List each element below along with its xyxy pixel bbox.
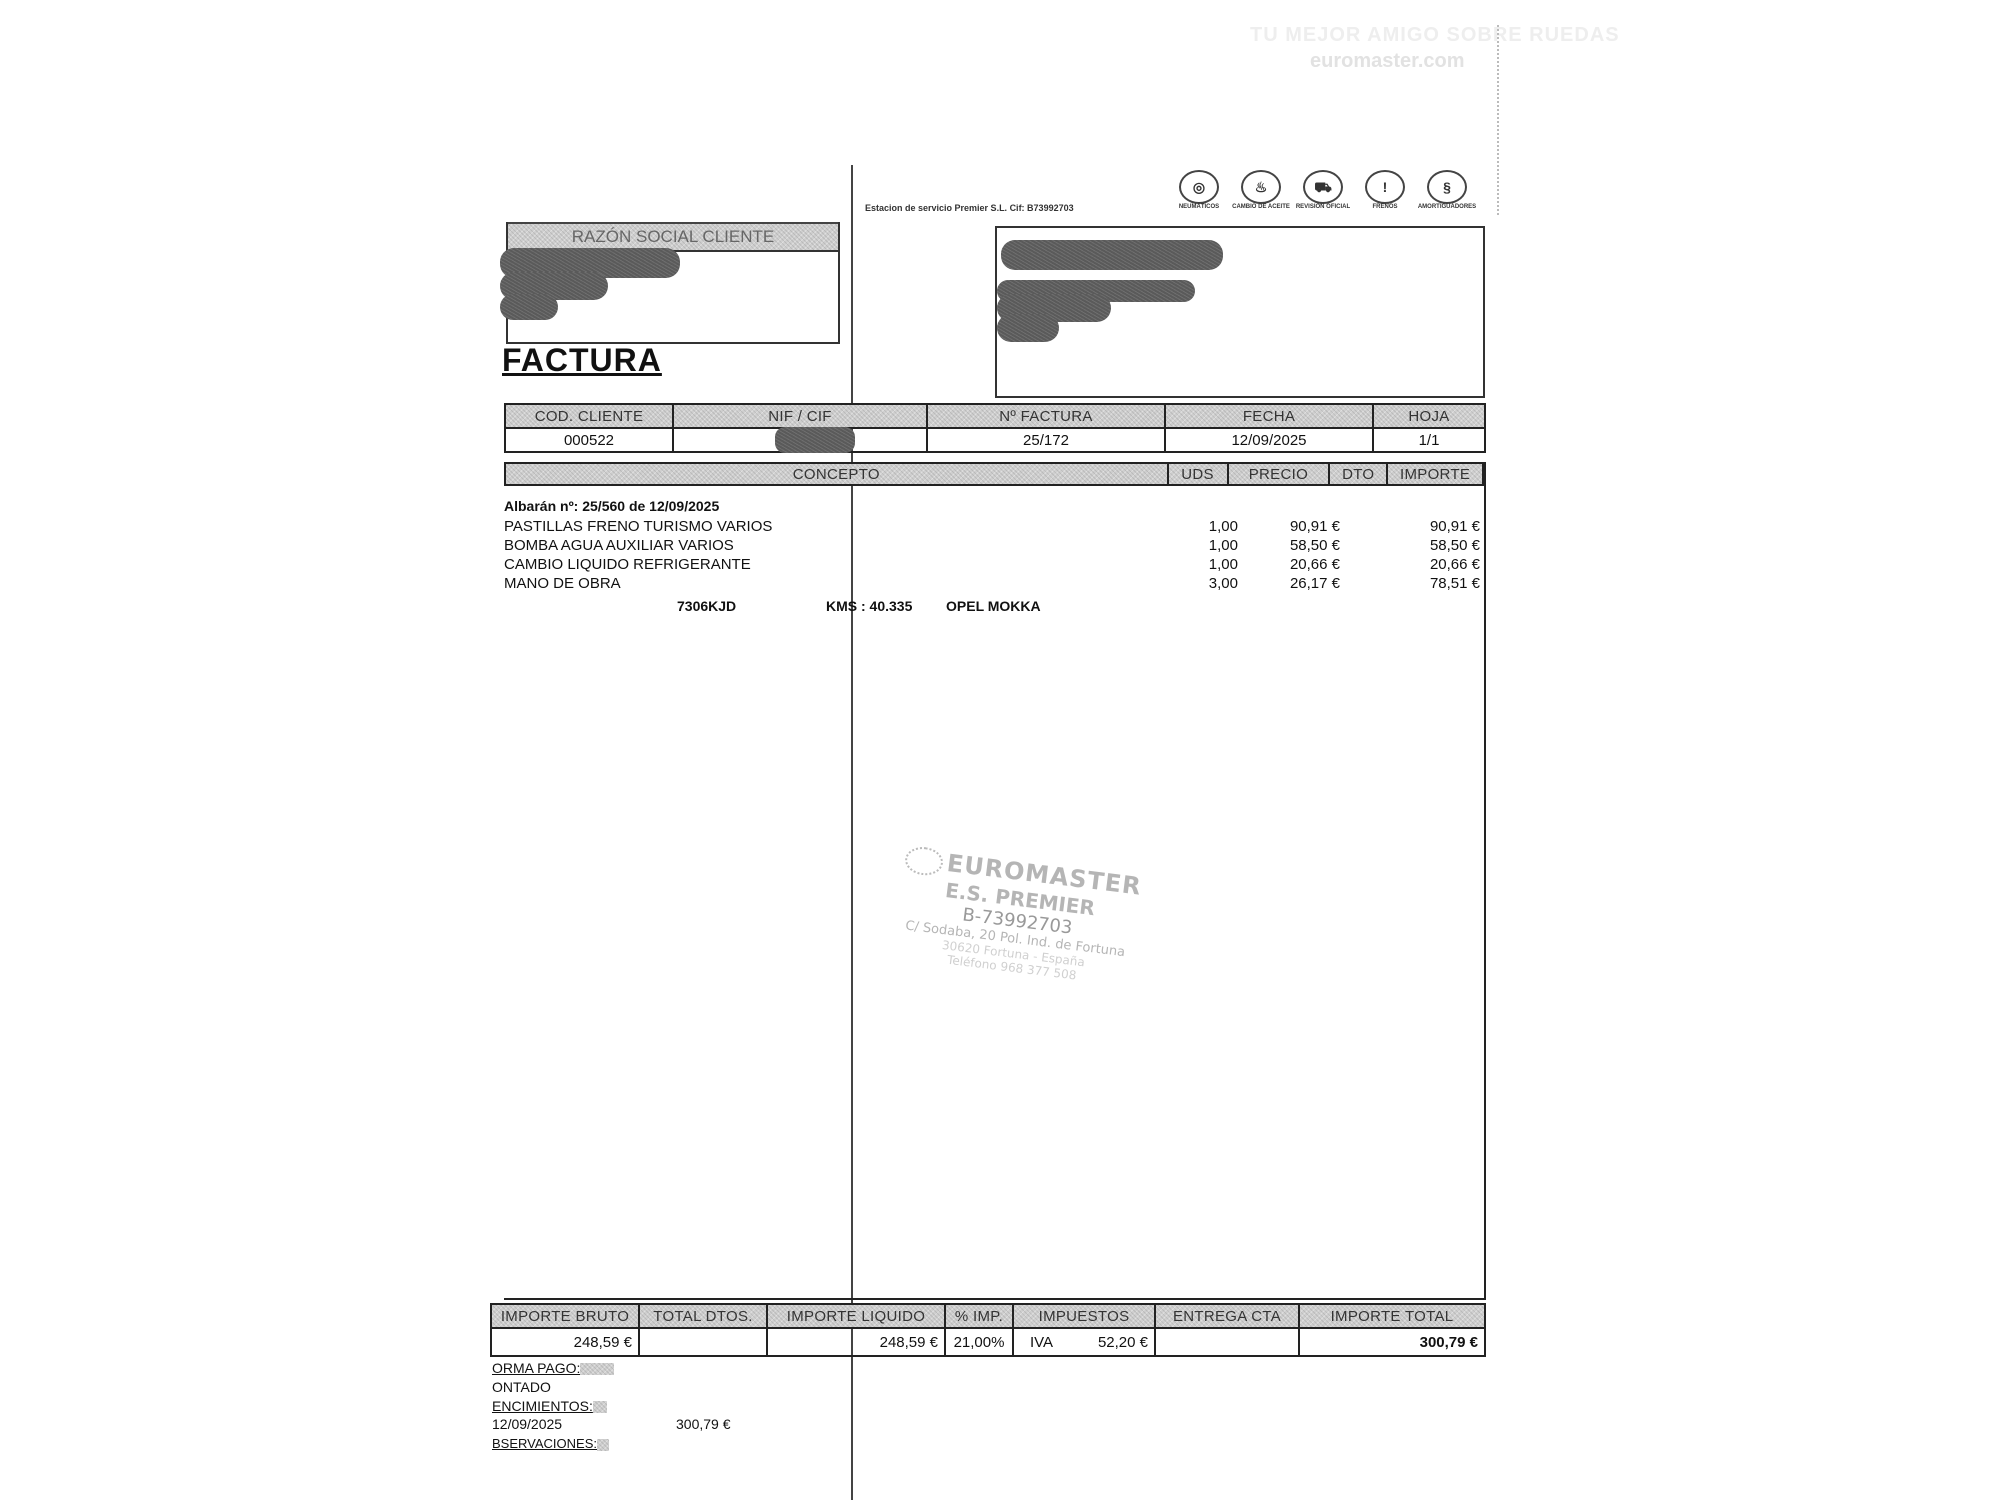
- pct-imp-value: 21,00%: [954, 1334, 1005, 1351]
- info-table-values: 000522 25/172 12/09/2025 1/1: [506, 429, 1484, 451]
- header-pct-imp: % IMP.: [946, 1305, 1014, 1327]
- redacted-recipient-line4: [997, 314, 1059, 342]
- service-frenos: ! FRENOS: [1354, 170, 1416, 211]
- item-importe: 58,50 €: [1384, 537, 1480, 554]
- item-precio: 26,17 €: [1264, 575, 1340, 592]
- value-nif-cif: [674, 429, 928, 451]
- item-importe: 90,91 €: [1384, 518, 1480, 535]
- header-uds: UDS: [1169, 464, 1229, 484]
- shock-absorber-icon: §: [1427, 170, 1467, 204]
- service-label: AMORTIGUADORES: [1416, 204, 1478, 211]
- vehicle-model: OPEL MOKKA: [946, 598, 1041, 614]
- header-impuestos: IMPUESTOS: [1014, 1305, 1156, 1327]
- item-concepto: BOMBA AGUA AUXILIAR VARIOS: [504, 537, 734, 554]
- item-precio: 58,50 €: [1264, 537, 1340, 554]
- header-total-dtos: TOTAL DTOS.: [640, 1305, 768, 1327]
- cod-cliente-value: 000522: [564, 432, 614, 449]
- service-label: FRENOS: [1354, 204, 1416, 211]
- value-num-factura: 25/172: [928, 429, 1166, 451]
- forma-pago-label: ORMA PAGO:: [492, 1360, 614, 1376]
- inspection-car-icon: ⛟: [1303, 170, 1343, 204]
- right-margin-dots: [1497, 25, 1499, 215]
- service-label: REVISIÓN OFICIAL: [1292, 204, 1354, 211]
- value-impuestos: IVA 52,20 €: [1014, 1329, 1156, 1355]
- vencimiento-fecha: 12/09/2025: [492, 1416, 562, 1432]
- num-factura-value: 25/172: [1023, 432, 1069, 449]
- info-table: COD. CLIENTE NIF / CIF Nº FACTURA FECHA …: [504, 403, 1486, 453]
- vehicle-kms: KMS : 40.335: [826, 598, 912, 614]
- value-cod-cliente: 000522: [506, 429, 674, 451]
- brand-tagline: TU MEJOR AMIGO SOBRE RUEDAS: [1250, 24, 1620, 47]
- header-cod-cliente: COD. CLIENTE: [506, 405, 674, 427]
- label-hatch: [593, 1401, 607, 1413]
- item-importe: 78,51 €: [1384, 575, 1480, 592]
- hoja-value: 1/1: [1419, 432, 1440, 449]
- item-concepto: CAMBIO LIQUIDO REFRIGERANTE: [504, 556, 751, 573]
- vencimientos-label: ENCIMIENTOS:: [492, 1398, 607, 1414]
- service-amortiguadores: § AMORTIGUADORES: [1416, 170, 1478, 211]
- service-revision-oficial: ⛟ REVISIÓN OFICIAL: [1292, 170, 1354, 211]
- header-precio: PRECIO: [1229, 464, 1331, 484]
- impuestos-value: 52,20 €: [1098, 1334, 1148, 1351]
- redacted-nif: [775, 427, 855, 453]
- header-concepto: CONCEPTO: [506, 464, 1169, 484]
- vencimientos-label-text: ENCIMIENTOS:: [492, 1398, 593, 1414]
- totals-table: IMPORTE BRUTO TOTAL DTOS. IMPORTE LIQUID…: [490, 1303, 1486, 1357]
- importe-bruto-value: 248,59 €: [574, 1334, 632, 1351]
- label-hatch: [597, 1439, 609, 1451]
- forma-pago-value: ONTADO: [492, 1379, 551, 1395]
- value-importe-bruto: 248,59 €: [492, 1329, 640, 1355]
- value-importe-liquido: 248,59 €: [768, 1329, 946, 1355]
- page-title: FACTURA: [502, 342, 662, 379]
- value-importe-total: 300,79 €: [1300, 1329, 1484, 1355]
- service-cambio-aceite: ♨ CAMBIO DE ACEITE: [1230, 170, 1292, 211]
- item-importe: 20,66 €: [1384, 556, 1480, 573]
- redacted-client-city: [500, 294, 558, 320]
- importe-liquido-value: 248,59 €: [880, 1334, 938, 1351]
- totals-table-header: IMPORTE BRUTO TOTAL DTOS. IMPORTE LIQUID…: [492, 1305, 1484, 1329]
- service-label: NEUMÁTICOS: [1168, 204, 1230, 211]
- item-concepto: PASTILLAS FRENO TURISMO VARIOS: [504, 518, 772, 535]
- header-fecha: FECHA: [1166, 405, 1374, 427]
- forma-pago-label-text: ORMA PAGO:: [492, 1360, 580, 1376]
- header-entrega-cta: ENTREGA CTA: [1156, 1305, 1300, 1327]
- observaciones-label: BSERVACIONES:: [492, 1436, 609, 1451]
- vehicle-plate: 7306KJD: [677, 598, 736, 614]
- item-uds: 3,00: [1198, 575, 1238, 592]
- vencimiento-importe: 300,79 €: [676, 1416, 731, 1432]
- albaran-reference: Albarán nº: 25/560 de 12/09/2025: [504, 498, 719, 514]
- service-label: CAMBIO DE ACEITE: [1230, 204, 1292, 211]
- header-hoja: HOJA: [1374, 405, 1484, 427]
- item-uds: 1,00: [1198, 556, 1238, 573]
- item-uds: 1,00: [1198, 537, 1238, 554]
- header-importe-bruto: IMPORTE BRUTO: [492, 1305, 640, 1327]
- header-importe-total: IMPORTE TOTAL: [1300, 1305, 1484, 1327]
- service-neumaticos: ◎ NEUMÁTICOS: [1168, 170, 1230, 211]
- header-dto: DTO: [1330, 464, 1388, 484]
- client-box: RAZÓN SOCIAL CLIENTE: [506, 222, 840, 344]
- value-entrega-cta: [1156, 1329, 1300, 1355]
- header-num-factura: Nº FACTURA: [928, 405, 1166, 427]
- item-concepto: MANO DE OBRA: [504, 575, 621, 592]
- brake-warning-icon: !: [1365, 170, 1405, 204]
- importe-total-value: 300,79 €: [1420, 1334, 1478, 1351]
- info-table-header: COD. CLIENTE NIF / CIF Nº FACTURA FECHA …: [506, 405, 1484, 429]
- fecha-value: 12/09/2025: [1231, 432, 1306, 449]
- observaciones-label-text: BSERVACIONES:: [492, 1436, 597, 1451]
- brand-website: euromaster.com: [1310, 50, 1465, 73]
- euromaster-logo-icon: [904, 845, 945, 877]
- header-nif-cif: NIF / CIF: [674, 405, 928, 427]
- service-icons: ◎ NEUMÁTICOS ♨ CAMBIO DE ACEITE ⛟ REVISI…: [1168, 170, 1478, 211]
- impuesto-tipo-value: IVA: [1030, 1334, 1053, 1351]
- recipient-box: [995, 226, 1485, 398]
- oil-change-icon: ♨: [1241, 170, 1281, 204]
- tyre-icon: ◎: [1179, 170, 1219, 204]
- item-precio: 20,66 €: [1264, 556, 1340, 573]
- value-fecha: 12/09/2025: [1166, 429, 1374, 451]
- item-precio: 90,91 €: [1264, 518, 1340, 535]
- items-table-header: CONCEPTO UDS PRECIO DTO IMPORTE: [504, 462, 1484, 486]
- issuer-line: Estacion de servicio Premier S.L. Cif: B…: [865, 203, 1074, 213]
- client-box-header-label: RAZÓN SOCIAL CLIENTE: [572, 227, 774, 247]
- totals-table-values: 248,59 € 248,59 € 21,00% IVA 52,20 € 300…: [492, 1329, 1484, 1355]
- item-uds: 1,00: [1198, 518, 1238, 535]
- header-importe-liquido: IMPORTE LIQUIDO: [768, 1305, 946, 1327]
- value-hoja: 1/1: [1374, 429, 1484, 451]
- value-total-dtos: [640, 1329, 768, 1355]
- header-importe: IMPORTE: [1388, 464, 1482, 484]
- label-hatch: [580, 1363, 614, 1375]
- value-pct-imp: 21,00%: [946, 1329, 1014, 1355]
- redacted-recipient-line1: [1001, 240, 1223, 270]
